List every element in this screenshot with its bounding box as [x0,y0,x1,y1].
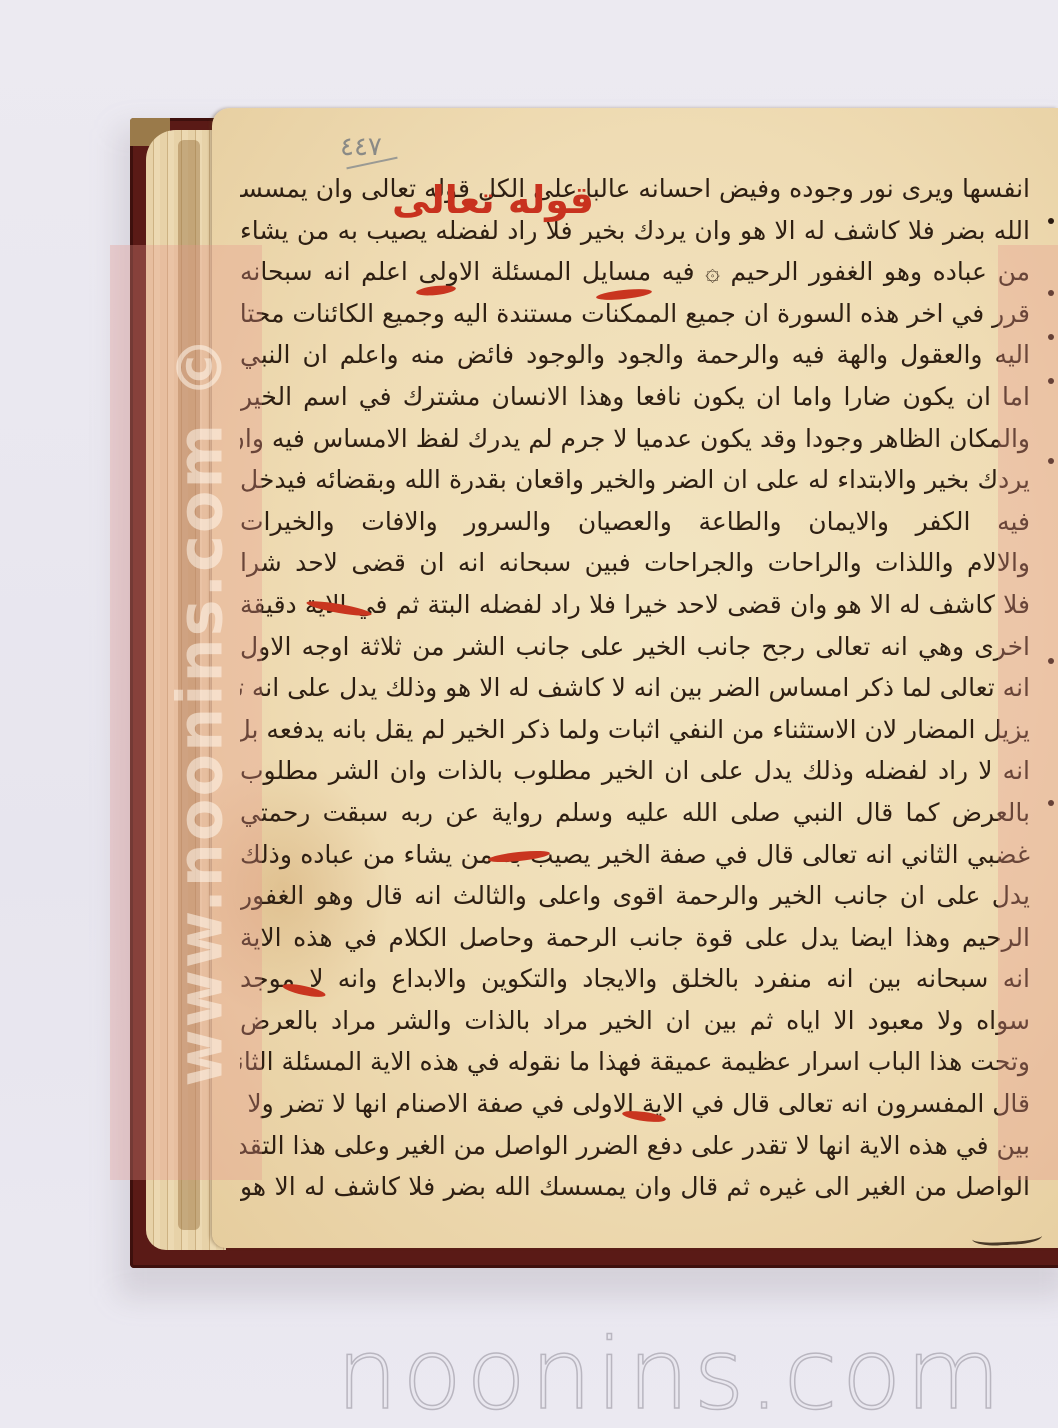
text-line: اخرى وهي انه تعالى رجح جانب الخير على جا… [240,626,1030,668]
text-line: والمكان الظاهر وجودا وقد يكون عدميا لا ج… [240,418,1030,460]
watermark-vertical-text: www.noonins.com © [164,334,237,1086]
manuscript-text: انفسها ويرى نور وجوده وفيض احسانه عالبا … [240,168,1030,1208]
text-line: الواصل من الغير الى غيره ثم قال وان يمسس… [240,1166,1030,1208]
text-line: يزيل المضار لان الاستثناء من النفي اثبات… [240,709,1030,751]
text-line: من عباده وهو الغفور الرحيم ۞ فيه مسايل ا… [240,251,1030,293]
text-line: انه تعالى لما ذكر امساس الضر بين انه لا … [240,667,1030,709]
watermark-band-right [998,245,1058,1180]
text-line: والالام واللذات والراحات والجراحات فبين … [240,542,1030,584]
text-line: انفسها ويرى نور وجوده وفيض احسانه عالبا … [240,168,1030,210]
rubric-heading: قوله تعالى [392,178,594,222]
text-line: انه لا راد لفضله وذلك يدل على ان الخير م… [240,750,1030,792]
text-line: اليه والعقول والهة فيه والرحمة والجود وا… [240,334,1030,376]
text-line: الله بضر فلا كاشف له الا هو وان يردك بخي… [240,210,1030,252]
text-line: قرر في اخر هذه السورة ان جميع الممكنات م… [240,293,1030,335]
text-line: فلا كاشف له الا هو وان قضى لاحد خيرا فلا… [240,584,1030,626]
text-line: يردك بخير والابتداء له على ان الضر والخي… [240,459,1030,501]
folio-number: ٤٤٧ [340,132,382,162]
text-line: غضبي الثاني انه تعالى قال في صفة الخير ي… [240,834,1030,876]
text-line: وتحت هذا الباب اسرار عظيمة عميقة فهذا ما… [240,1041,1030,1083]
text-line: الرحيم وهذا ايضا يدل على قوة جانب الرحمة… [240,917,1030,959]
text-line: اما ان يكون ضارا واما ان يكون نافعا وهذا… [240,376,1030,418]
text-line: سواه ولا معبود الا اياه ثم بين ان الخير … [240,1000,1030,1042]
watermark-bottom: noonins.com [336,1318,956,1428]
text-line: بالعرض كما قال النبي صلى الله عليه وسلم … [240,792,1030,834]
watermark-vertical: www.noonins.com © [150,250,250,1170]
text-line: فيه الكفر والايمان والطاعة والعصيان والس… [240,501,1030,543]
text-line: يدل على ان جانب الخير والرحمة اقوى واعلى… [240,875,1030,917]
text-line: انه سبحانه بين انه منفرد بالخلق والايجاد… [240,958,1030,1000]
text-line: بين في هذه الاية انها لا تقدر على دفع ال… [240,1125,1030,1167]
